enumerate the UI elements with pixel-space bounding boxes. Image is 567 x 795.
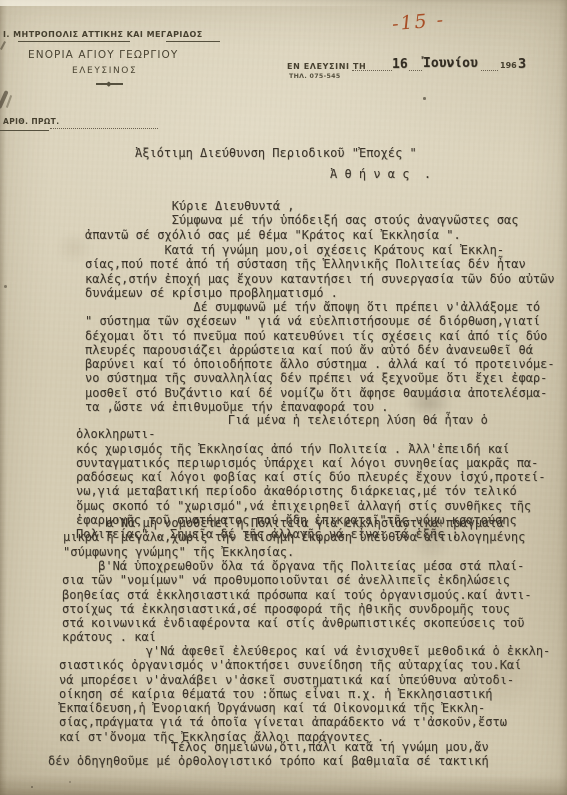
graphite-smudge (410, 505, 452, 563)
body-paragraph-2: Δέ συμφωνῶ μέ τήν ἄποψη ὅτι πρέπει ν'ἀλλ… (85, 300, 555, 414)
date-month-value: Ἰουνίου (423, 56, 478, 71)
handwritten-page-number: -15 - (391, 9, 446, 36)
ink-speck (69, 781, 71, 783)
ink-speck (31, 786, 33, 788)
letterhead-town-line: ΕΛΕΥΣΙΝΟΣ (72, 66, 137, 76)
protocol-number-blank (50, 119, 158, 129)
letterhead-parish-line: ΕΝΟΡΙΑ ΑΓΙΟΥ ΓΕΩΡΓΙΟΥ (28, 49, 178, 61)
paper-stain (55, 232, 93, 264)
paper-edge-highlight (0, 0, 420, 6)
pencil-scribble-mark (6, 95, 12, 108)
scanned-letter-page: -15 - Ι. ΜΗΤΡΟΠΟΛΙΣ ΑΤΤΙΚΗΣ ΚΑΙ ΜΕΓΑΡΙΔΟ… (0, 0, 567, 795)
letterhead-underline (166, 41, 220, 42)
pen-tick-mark (0, 41, 6, 50)
ink-speck (4, 285, 7, 288)
date-day-value: 16 (392, 57, 408, 72)
date-year-printed: 196 (500, 61, 517, 70)
date-blank-dots (409, 61, 422, 71)
recipient-address-line: Ἀξιότιμη Διεύθυνση Περιοδικοῦ "Ἐποχές " (135, 146, 417, 160)
letterhead-ornament (96, 83, 123, 85)
salutation-paragraph: Κύριε Διευθυντά , Σύμφωνα μέ τήν ὑπόδειξ… (85, 199, 518, 242)
graphite-smudge (405, 388, 453, 418)
paper-stain (170, 763, 420, 783)
letterhead-phone: ΤΗΛ. 075-545 (289, 73, 341, 80)
letterhead-underline (18, 41, 130, 42)
protocol-underline (0, 130, 49, 131)
paper-stain (470, 640, 540, 710)
body-paragraph-1: Κατά τή γνώμη μου,οἱ σχέσεις Κράτους καί… (85, 243, 555, 300)
body-paragraph-alpha: α'Νά μή νομοθετεῖ ἡ Πολιτεία γιά ἐκκλησι… (63, 516, 525, 559)
body-paragraph-beta: β'Νά ὑποχρεωθοῦν ὅλα τά ὄργανα τῆς Πολιτ… (62, 559, 532, 645)
recipient-city-line: Ἀ θ ή ν α ς . (330, 167, 431, 181)
date-blank-dots (352, 61, 392, 71)
letterhead-diocese-line: Ι. ΜΗΤΡΟΠΟΛΙΣ ΑΤΤΙΚΗΣ ΚΑΙ ΜΕΓΑΡΙΔΟΣ (3, 30, 203, 39)
date-blank-dots (481, 61, 498, 71)
ink-speck (423, 97, 426, 100)
date-year-digit: 3 (518, 56, 526, 72)
